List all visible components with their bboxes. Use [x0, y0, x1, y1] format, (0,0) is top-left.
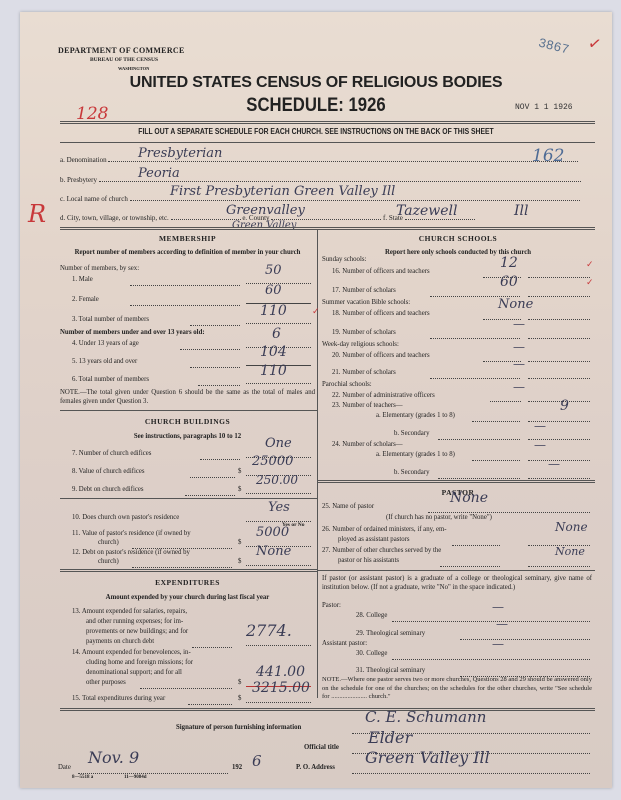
q28-label: 28. College: [356, 612, 387, 619]
official-title-label: Official title: [304, 744, 339, 751]
divider: [60, 410, 317, 411]
sunday-schools-label: Sunday schools:: [322, 256, 366, 263]
total-members-2-value: 110: [260, 363, 287, 379]
edifices-debt-value: 250.00: [256, 473, 298, 487]
q13-label-cont: payments on church debt: [86, 638, 154, 645]
q14-label-cont: cluding home and foreign missions; for: [86, 659, 193, 666]
q24-label: 24. Number of scholars—: [332, 441, 403, 448]
weekday-scholars-value: —: [513, 357, 525, 371]
year-prefix: 192: [232, 764, 242, 771]
members-by-age-label: Number of members under and over 13 year…: [60, 329, 205, 336]
summer-schools-label: Summer vacation Bible schools:: [322, 299, 410, 306]
total-members-label: 3. Total number of members: [72, 316, 149, 323]
pastor-seminary-field[interactable]: [460, 630, 590, 640]
q13-label: 13. Amount expended for salaries, repair…: [72, 608, 187, 615]
denomination-code: 162: [532, 146, 564, 166]
total-expenditures-label: 15. Total expenditures during year: [72, 695, 165, 702]
assistant-college-value: —: [492, 637, 504, 651]
divider: [318, 480, 595, 483]
dollar-sign: $: [238, 539, 241, 546]
expenditures-section: EXPENDITURES Amount expended by your chu…: [60, 578, 315, 602]
summer-scholars-value: —: [513, 317, 525, 331]
assistant-college-field[interactable]: [392, 650, 590, 660]
membership-heading: MEMBERSHIP: [60, 234, 315, 243]
city-field[interactable]: Greenvalley: [226, 203, 305, 218]
print-code: 11—9084d: [124, 775, 147, 780]
edifices-debt-label: 9. Debt on church edifices: [72, 486, 144, 493]
red-checkmark-icon: ✓: [586, 33, 603, 55]
state-field[interactable]: Ill: [514, 203, 529, 219]
expenditures-instruction: Amount expended by your church during la…: [60, 593, 315, 602]
q16-label: 16. Number of officers and teachers: [332, 268, 430, 275]
other-churches-field[interactable]: [528, 557, 590, 567]
assistant-subheading: Assistant pastor:: [322, 640, 367, 647]
over-13-value: 104: [260, 344, 287, 360]
dollar-sign: $: [238, 468, 241, 475]
church-name-label: c. Local name of church: [60, 195, 128, 203]
q23b-label: b. Secondary: [394, 430, 430, 437]
residence-debt-value: None: [256, 544, 291, 559]
expenditures-heading: EXPENDITURES: [60, 578, 315, 587]
city-label: d. City, town, village, or township, etc…: [60, 214, 169, 222]
q13-label-cont: provements or new buildings; and for: [86, 628, 188, 635]
sunday-scholars-field[interactable]: [528, 287, 590, 297]
denomination-field[interactable]: Presbyterian: [138, 146, 222, 161]
residence-debt-label-cont: church): [98, 558, 119, 565]
pastor-college-value: —: [492, 600, 504, 614]
benevolences-value: 441.00: [256, 664, 305, 680]
divider: [318, 570, 595, 571]
membership-instruction: Report number of members according to de…: [60, 248, 315, 257]
residence-value-label: 11. Value of pastor's residence (if owne…: [72, 530, 191, 537]
summer-scholars-field[interactable]: [528, 329, 590, 339]
red-check-icon: ✓: [586, 277, 594, 288]
q22-label: 22. Number of administrative officers: [332, 392, 435, 399]
weekday-schools-label: Week-day religious schools:: [322, 341, 399, 348]
secondary-teachers-value: —: [534, 419, 546, 433]
q17-label: 17. Number of scholars: [332, 287, 396, 294]
q29-label: 29. Theological seminary: [356, 630, 425, 637]
pastor-seminary-value: —: [496, 617, 508, 631]
q27-label: 27. Number of other churches served by t…: [322, 547, 441, 554]
q27-label-cont: pastor or his assistants: [338, 557, 399, 564]
q26-label-cont: ployed as assistant pastors: [338, 536, 410, 543]
q19-label: 19. Number of scholars: [332, 329, 396, 336]
q14-label-cont: denominational support; and for all: [86, 669, 182, 676]
graduate-instruction: If pastor (or assistant pastor) is a gra…: [322, 574, 592, 592]
owns-residence-label: 10. Does church own pastor's residence: [72, 514, 179, 521]
county-field[interactable]: Tazewell: [396, 203, 457, 219]
church-name-field[interactable]: First Presbyterian Green Valley Ill: [170, 184, 395, 199]
presbytery-label: b. Presbytery: [60, 176, 97, 184]
residence-debt-label: 12. Debt on pastor's residence (if owned…: [72, 549, 190, 556]
parochial-schools-label: Parochial schools:: [322, 381, 372, 388]
schools-heading: CHURCH SCHOOLS: [322, 234, 594, 243]
membership-note: NOTE.—The total given under Question 6 s…: [60, 388, 315, 406]
weekday-teachers-value: —: [513, 340, 525, 354]
male-count-value: 50: [265, 263, 282, 278]
sunday-teachers-value: 12: [500, 255, 518, 271]
owns-residence-value: Yes: [268, 500, 290, 515]
total-members-2-label: 6. Total number of members: [72, 376, 149, 383]
buildings-heading: CHURCH BUILDINGS: [60, 417, 315, 426]
divider: [60, 569, 317, 572]
q26-label: 26. Number of ordained ministers, if any…: [322, 526, 447, 533]
q25-label: 25. Name of pastor: [322, 503, 374, 510]
date-value: Nov. 9: [88, 748, 139, 767]
residence-value-value: 5000: [256, 525, 289, 540]
pastor-college-field[interactable]: [392, 612, 590, 622]
official-title-value: Elder: [368, 728, 412, 747]
q21-label: 21. Number of scholars: [332, 369, 396, 376]
q30-label: 30. College: [356, 650, 387, 657]
dollar-sign: $: [238, 558, 241, 565]
dollar-sign: $: [238, 695, 241, 702]
divider: [60, 142, 595, 143]
year-suffix-field[interactable]: 6: [252, 752, 262, 770]
weekday-scholars-field[interactable]: [528, 369, 590, 379]
pastor-name-value: None: [450, 490, 488, 506]
sunday-teachers-field[interactable]: [528, 268, 590, 278]
red-review-mark: R: [28, 200, 46, 228]
members-by-sex-label: Number of members, by sex:: [60, 265, 139, 272]
edifices-value-label: 8. Value of church edifices: [72, 468, 145, 475]
pastor-note: NOTE.—Where one pastor serves two or mor…: [322, 676, 592, 702]
admin-officers-value: —: [513, 380, 525, 394]
female-count-value: 60: [265, 283, 282, 298]
q13-label-cont: and other running expenses; for im-: [86, 618, 183, 625]
assistant-ministers-value: None: [555, 520, 588, 534]
schools-section: CHURCH SCHOOLS Report here only schools …: [322, 234, 594, 257]
pastor-subheading: Pastor:: [322, 602, 341, 609]
weekday-teachers-field[interactable]: [528, 352, 590, 362]
signature-value: C. E. Schumann: [365, 708, 486, 726]
other-churches-value: None: [555, 545, 585, 558]
dollar-sign: $: [238, 486, 241, 493]
po-address-label: P. O. Address: [296, 764, 335, 771]
edifices-count-value: One: [265, 436, 292, 451]
q20-label: 20. Number of officers and teachers: [332, 352, 430, 359]
under-13-value: 6: [272, 326, 281, 342]
total-expenditures-value: 3215.00: [252, 680, 310, 696]
q14-label: 14. Amount expended for benevolences, in…: [72, 649, 191, 656]
po-address-value: Green Valley Ill: [365, 748, 490, 767]
summer-teachers-value: None: [498, 297, 533, 312]
department-label: DEPARTMENT OF COMMERCE: [58, 46, 185, 55]
divider: [60, 227, 595, 230]
membership-section: MEMBERSHIP Report number of members acco…: [60, 234, 315, 257]
sunday-scholars-value: 60: [500, 274, 518, 290]
q23-label: 23. Number of teachers—: [332, 402, 403, 409]
total-members-value: 110: [260, 303, 287, 319]
running-expenses-value: 2774.: [246, 621, 292, 640]
secondary-scholars-value: —: [548, 457, 560, 471]
bureau-label: BUREAU OF THE CENSUS: [90, 57, 158, 63]
column-divider: [317, 230, 318, 698]
form-title: UNITED STATES CENSUS OF RELIGIOUS BODIES: [20, 74, 612, 92]
census-form-sheet: DEPARTMENT OF COMMERCE BUREAU OF THE CEN…: [20, 12, 612, 788]
denomination-label: a. Denomination: [60, 156, 107, 164]
elem-scholars-value: —: [534, 438, 546, 452]
summer-teachers-field[interactable]: [528, 310, 590, 320]
q31-label: 31. Theological seminary: [356, 667, 425, 674]
divider: [60, 121, 595, 124]
admin-officers-field[interactable]: [528, 392, 590, 402]
under-13-label: 4. Under 13 years of age: [72, 340, 139, 347]
red-check-icon: ✓: [312, 306, 320, 317]
divider: [60, 708, 595, 711]
schedule-title: SCHEDULE: 1926: [56, 95, 577, 117]
q25-hint: (If church has no pastor, write "None"): [386, 514, 492, 521]
q23a-label: a. Elementary (grades 1 to 8): [376, 412, 455, 419]
file-number-stamp: 3867: [537, 35, 571, 57]
edifices-value-value: 25000: [252, 454, 293, 469]
q24a-label: a. Elementary (grades 1 to 8): [376, 451, 455, 458]
elem-teachers-value: 9: [560, 398, 569, 414]
received-date-stamp: NOV 1 1 1926: [515, 103, 573, 112]
date-label: Date: [58, 764, 71, 771]
form-code: 8—5518 a: [72, 775, 93, 780]
presbytery-field[interactable]: Peoria: [138, 166, 180, 181]
location-label: WASHINGTON: [118, 66, 149, 71]
male-label: 1. Male: [72, 276, 93, 283]
fill-out-instruction: FILL OUT A SEPARATE SCHEDULE FOR EACH CH…: [64, 127, 567, 136]
edifices-count-label: 7. Number of church edifices: [72, 450, 151, 457]
divider: [60, 498, 317, 499]
dollar-sign: $: [238, 679, 241, 686]
signature-label: Signature of person furnishing informati…: [176, 724, 301, 731]
female-label: 2. Female: [72, 296, 99, 303]
over-13-label: 5. 13 years old and over: [72, 358, 137, 365]
q14-label-cont: other purposes: [86, 679, 126, 686]
red-check-icon: ✓: [586, 259, 594, 270]
residence-value-label-cont: church): [98, 539, 119, 546]
q24b-label: b. Secondary: [394, 469, 430, 476]
q18-label: 18. Number of officers and teachers: [332, 310, 430, 317]
